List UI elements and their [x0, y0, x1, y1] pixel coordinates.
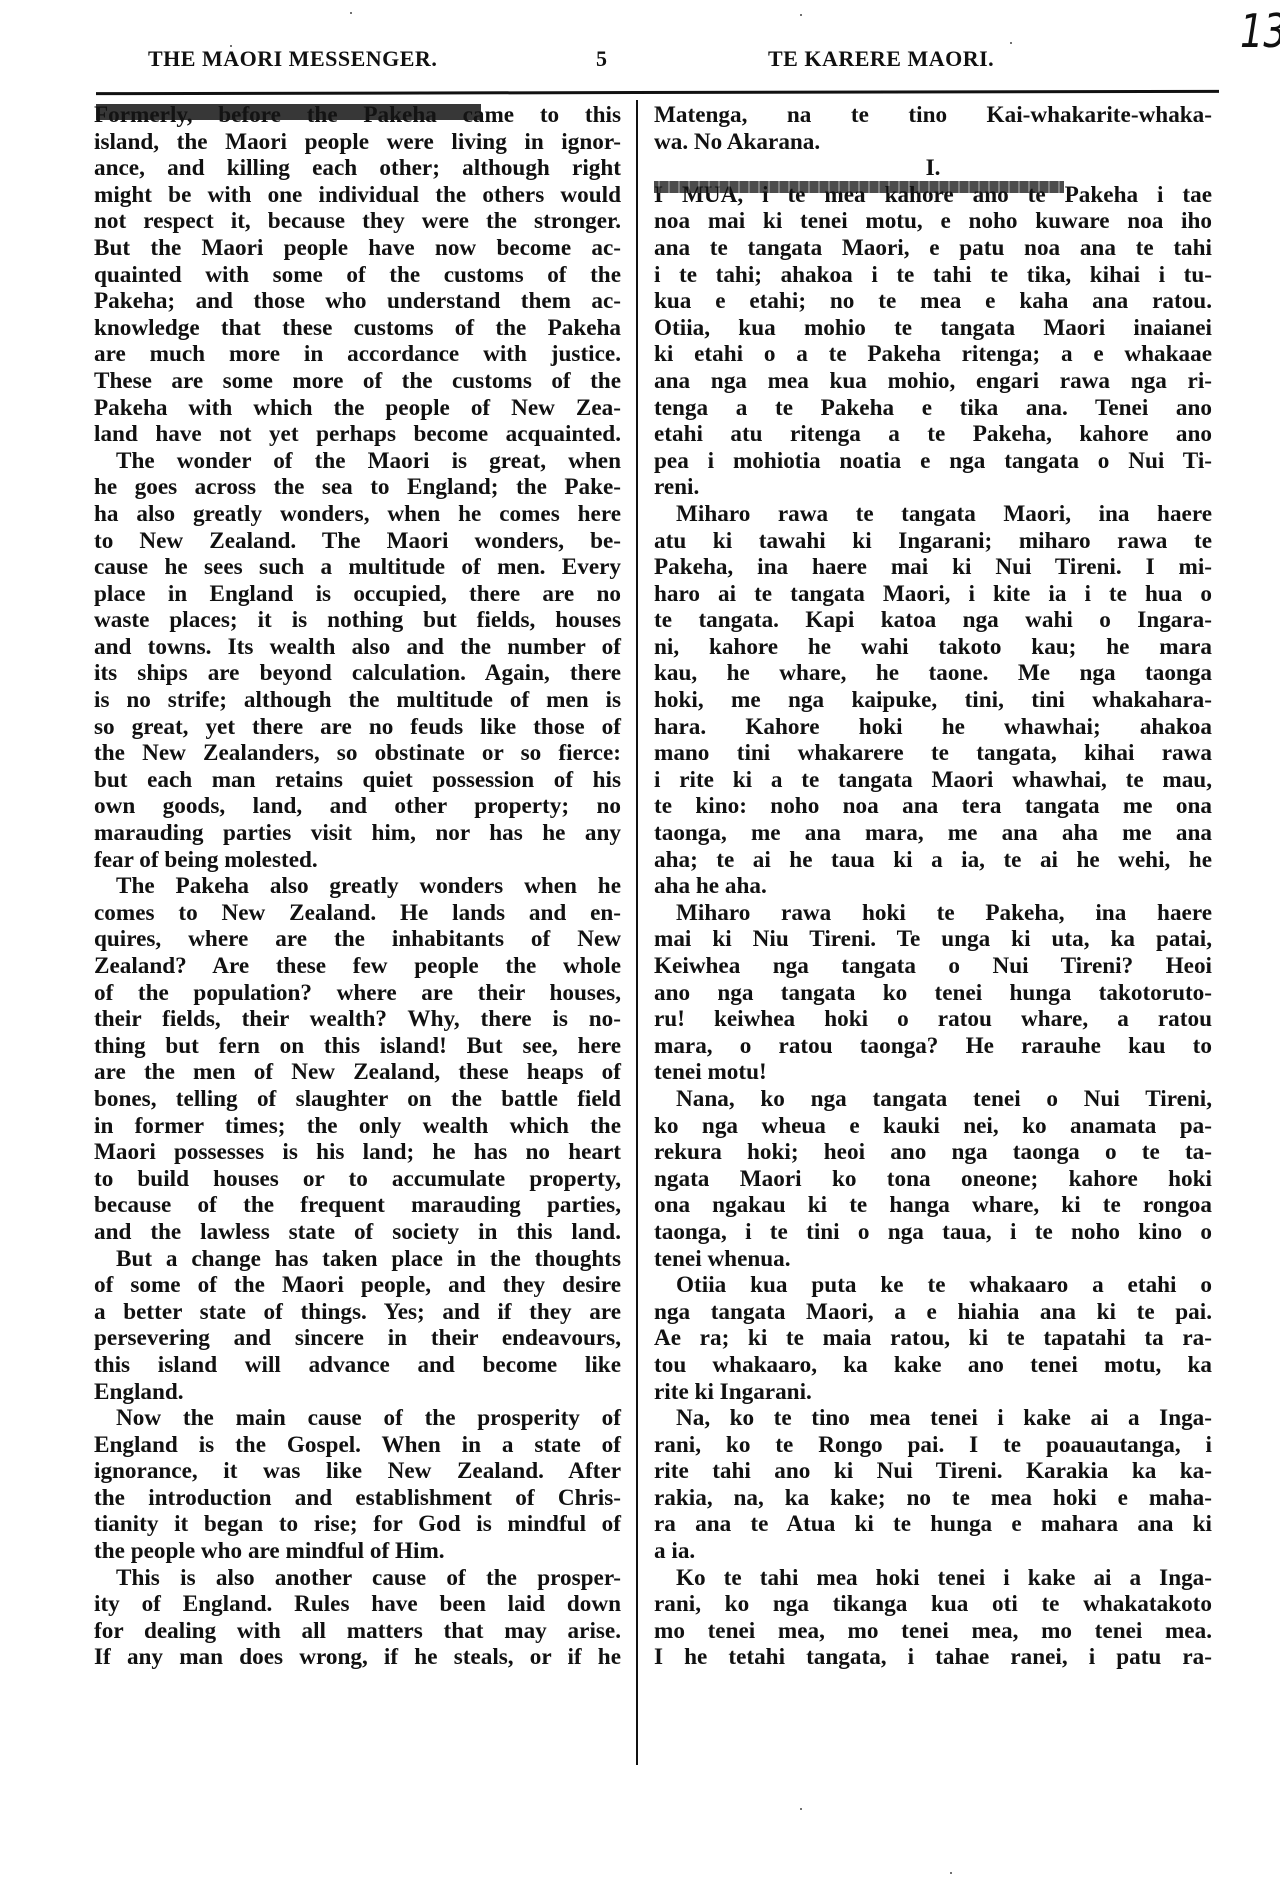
text-line: I he tetahi tangata, i tahae ranei, i pa…: [654, 1644, 1212, 1671]
text-line: tianity it began to rise; for God is min…: [94, 1511, 621, 1538]
paragraph-start-line: Now the main cause of the prosperity of: [94, 1405, 621, 1432]
text-line: not respect it, because they were the st…: [94, 208, 621, 235]
paragraph-start-line: Ko te tahi mea hoki tenei i kake ai a In…: [654, 1565, 1212, 1592]
masthead: THE MAORI MESSENGER. 5 TE KARERE MAORI.: [148, 40, 1088, 76]
paragraph-start-line: The Pakeha also greatly wonders when he: [94, 873, 621, 900]
text-line: noa mai ki tenei motu, e noho kuware noa…: [654, 208, 1212, 235]
text-line: waste places; it is nothing but fields, …: [94, 607, 621, 634]
text-line: Ae ra; ki te maia ratou, ki te tapatahi …: [654, 1325, 1212, 1352]
text-line: rakia, na, ka kake; no te mea hoki e mah…: [654, 1485, 1212, 1512]
masthead-maori-title: TE KARERE MAORI.: [768, 46, 994, 72]
text-line: tenei motu!: [654, 1059, 1212, 1086]
text-line: mai ki Niu Tireni. Te unga ki uta, ka pa…: [654, 926, 1212, 953]
text-line: mano tini whakarere te tangata, kihai ra…: [654, 740, 1212, 767]
paragraph-start-line: This is also another cause of the prospe…: [94, 1565, 621, 1592]
text-line: If any man does wrong, if he steals, or …: [94, 1644, 621, 1671]
text-line: of some of the Maori people, and they de…: [94, 1272, 621, 1299]
text-line: These are some more of the customs of th…: [94, 368, 621, 395]
text-line: ha also greatly wonders, when he comes h…: [94, 501, 621, 528]
text-line: hoki, me nga kaipuke, tini, tini whakaha…: [654, 687, 1212, 714]
text-line: fear of being molested.: [94, 847, 621, 874]
text-line: knowledge that these customs of the Pake…: [94, 315, 621, 342]
paper-speck: [1010, 42, 1012, 44]
text-line: reni.: [654, 474, 1212, 501]
text-line: nga tangata Maori, a e hiahia ana ki te …: [654, 1299, 1212, 1326]
text-line: ona ngakau ki te hanga whare, ki te rong…: [654, 1192, 1212, 1219]
text-line: a better state of things. Yes; and if th…: [94, 1299, 621, 1326]
text-line: Maori possesses is his land; he has no h…: [94, 1139, 621, 1166]
text-line: rani, ko te Rongo pai. I te poauautanga,…: [654, 1432, 1212, 1459]
english-column: Formerly, before the Pakeha came to this…: [94, 102, 621, 1671]
ink-smudge: [96, 104, 481, 120]
text-line: quainted with some of the customs of the: [94, 262, 621, 289]
paragraph-start-line: Otiia kua puta ke te whakaaro a etahi o: [654, 1272, 1212, 1299]
text-line: taonga, me ana mara, me ana aha me ana: [654, 820, 1212, 847]
text-line: ance, and killing each other; although r…: [94, 155, 621, 182]
column-divider: [636, 100, 638, 1765]
text-line: to New Zealand. The Maori wonders, be-: [94, 528, 621, 555]
paper-speck: [950, 1872, 952, 1874]
handwritten-page-number: 13: [1240, 4, 1280, 58]
text-line: tenga a te Pakeha e tika ana. Tenei ano: [654, 395, 1212, 422]
text-line: for dealing with all matters that may ar…: [94, 1618, 621, 1645]
text-line: rite tahi ano ki Nui Tireni. Karakia ka …: [654, 1458, 1212, 1485]
text-line: Matenga, na te tino Kai-whakarite-whaka-: [654, 102, 1212, 129]
text-line: to build houses or to accumulate propert…: [94, 1166, 621, 1193]
text-line: bones, telling of slaughter on the battl…: [94, 1086, 621, 1113]
text-line: of the population? where are their house…: [94, 980, 621, 1007]
section-numeral: I.: [654, 155, 1212, 182]
text-line: mara, o ratou taonga? He rarauhe kau to: [654, 1033, 1212, 1060]
text-line: But the Maori people have now become ac-: [94, 235, 621, 262]
header-rule: [96, 90, 1219, 95]
text-line: the people who are mindful of Him.: [94, 1538, 621, 1565]
text-line: he goes across the sea to England; the P…: [94, 474, 621, 501]
text-line: ki etahi o a te Pakeha ritenga; a e whak…: [654, 341, 1212, 368]
maori-column: Matenga, na te tino Kai-whakarite-whaka-…: [654, 102, 1212, 1671]
text-line: ngata Maori ko tona oneone; kahore hoki: [654, 1166, 1212, 1193]
text-line: wa. No Akarana.: [654, 129, 1212, 156]
text-line: ana nga mea kua mohio, engari rawa nga r…: [654, 368, 1212, 395]
paragraph-start-line: Miharo rawa hoki te Pakeha, ina haere: [654, 900, 1212, 927]
text-line: is no strife; although the multitude of …: [94, 687, 621, 714]
text-line: land have not yet perhaps become acquain…: [94, 421, 621, 448]
text-line: ignorance, it was like New Zealand. Afte…: [94, 1458, 621, 1485]
text-line: its ships are beyond calculation. Again,…: [94, 660, 621, 687]
text-line: but each man retains quiet possession of…: [94, 767, 621, 794]
text-line: comes to New Zealand. He lands and en-: [94, 900, 621, 927]
text-line: are the men of New Zealand, these heaps …: [94, 1059, 621, 1086]
text-line: rite ki Ingarani.: [654, 1379, 1212, 1406]
text-line: ana te tangata Maori, e patu noa ana te …: [654, 235, 1212, 262]
text-line: taonga, i te tini o nga taua, i te noho …: [654, 1219, 1212, 1246]
text-line: England.: [94, 1379, 621, 1406]
text-line: ko nga wheua e kauki nei, ko anamata pa-: [654, 1113, 1212, 1140]
text-line: are much more in accordance with justice…: [94, 341, 621, 368]
text-line: marauding parties visit him, nor has he …: [94, 820, 621, 847]
text-line: tou whakaaro, ka kake ano tenei motu, ka: [654, 1352, 1212, 1379]
text-line: island, the Maori people were living in …: [94, 129, 621, 156]
text-line: i te tahi; ahakoa i te tahi te tika, kih…: [654, 262, 1212, 289]
paper-speck: [350, 12, 352, 14]
text-line: Pakeha, ina haere mai ki Nui Tireni. I m…: [654, 554, 1212, 581]
text-line: etahi atu ritenga a te Pakeha, kahore an…: [654, 421, 1212, 448]
text-line: ra ana te Atua ki te hunga e mahara ana …: [654, 1511, 1212, 1538]
paragraph-start-line: The wonder of the Maori is great, when: [94, 448, 621, 475]
paper-speck: [800, 14, 802, 16]
paper-speck: [800, 1808, 802, 1810]
text-line: ni, kahore he wahi takoto kau; he mara: [654, 634, 1212, 661]
text-line: the New Zealanders, so obstinate or so f…: [94, 740, 621, 767]
text-line: this island will advance and become like: [94, 1352, 621, 1379]
text-line: and the lawless state of society in this…: [94, 1219, 621, 1246]
text-line: kau, he whare, he taone. Me nga taonga: [654, 660, 1212, 687]
text-line: rekura hoki; heoi ano nga taonga o te ta…: [654, 1139, 1212, 1166]
text-line: place in England is occupied, there are …: [94, 581, 621, 608]
text-line: haro ai te tangata Maori, i kite ia i te…: [654, 581, 1212, 608]
text-line: because of the frequent marauding partie…: [94, 1192, 621, 1219]
paragraph-start-line: Na, ko te tino mea tenei i kake ai a Ing…: [654, 1405, 1212, 1432]
text-line: might be with one individual the others …: [94, 182, 621, 209]
text-line: ru! keiwhea hoki o ratou whare, a ratou: [654, 1006, 1212, 1033]
text-line: rani, ko nga tikanga kua oti te whakatak…: [654, 1591, 1212, 1618]
text-line: pea i mohiotia noatia e nga tangata o Nu…: [654, 448, 1212, 475]
text-line: a ia.: [654, 1538, 1212, 1565]
text-line: Otiia, kua mohio te tangata Maori inaian…: [654, 315, 1212, 342]
masthead-page-number: 5: [596, 46, 608, 72]
text-line: mo tenei mea, mo tenei mea, mo tenei mea…: [654, 1618, 1212, 1645]
text-line: Pakeha with which the people of New Zea-: [94, 395, 621, 422]
text-line: persevering and sincere in their endeavo…: [94, 1325, 621, 1352]
paper-speck: [230, 45, 232, 47]
text-line: quires, where are the inhabitants of New: [94, 926, 621, 953]
paragraph-start-line: Nana, ko nga tangata tenei o Nui Tireni,: [654, 1086, 1212, 1113]
text-line: hara. Kahore hoki he whawhai; ahakoa: [654, 714, 1212, 741]
text-line: tenei whenua.: [654, 1246, 1212, 1273]
text-line: atu ki tawahi ki Ingarani; miharo rawa t…: [654, 528, 1212, 555]
paragraph-start-line: Miharo rawa te tangata Maori, ina haere: [654, 501, 1212, 528]
text-line: te kino: noho noa ana tera tangata me on…: [654, 793, 1212, 820]
text-line: their fields, their wealth? Why, there i…: [94, 1006, 621, 1033]
text-line: cause he sees such a multitude of men. E…: [94, 554, 621, 581]
text-line: aha he aha.: [654, 873, 1212, 900]
text-line: kua e etahi; no te mea e kaha ana ratou.: [654, 288, 1212, 315]
text-line: aha; te ai he taua ki a ia, te ai he weh…: [654, 847, 1212, 874]
text-line: own goods, land, and other property; no: [94, 793, 621, 820]
text-line: in former times; the only wealth which t…: [94, 1113, 621, 1140]
text-line: the introduction and establishment of Ch…: [94, 1485, 621, 1512]
text-line: Zealand? Are these few people the whole: [94, 953, 621, 980]
text-line: Keiwhea nga tangata o Nui Tireni? Heoi: [654, 953, 1212, 980]
text-line: Pakeha; and those who understand them ac…: [94, 288, 621, 315]
text-line: i rite ki a te tangata Maori whawhai, te…: [654, 767, 1212, 794]
text-line: te tangata. Kapi katoa nga wahi o Ingara…: [654, 607, 1212, 634]
paragraph-start-line: But a change has taken place in the thou…: [94, 1246, 621, 1273]
text-line: England is the Gospel. When in a state o…: [94, 1432, 621, 1459]
ink-smudge: [654, 181, 1064, 193]
text-line: ity of England. Rules have been laid dow…: [94, 1591, 621, 1618]
text-line: so great, yet there are no feuds like th…: [94, 714, 621, 741]
text-line: thing but fern on this island! But see, …: [94, 1033, 621, 1060]
text-line: ano nga tangata ko tenei hunga takotorut…: [654, 980, 1212, 1007]
masthead-english-title: THE MAORI MESSENGER.: [148, 46, 437, 72]
text-line: and towns. Its wealth also and the numbe…: [94, 634, 621, 661]
